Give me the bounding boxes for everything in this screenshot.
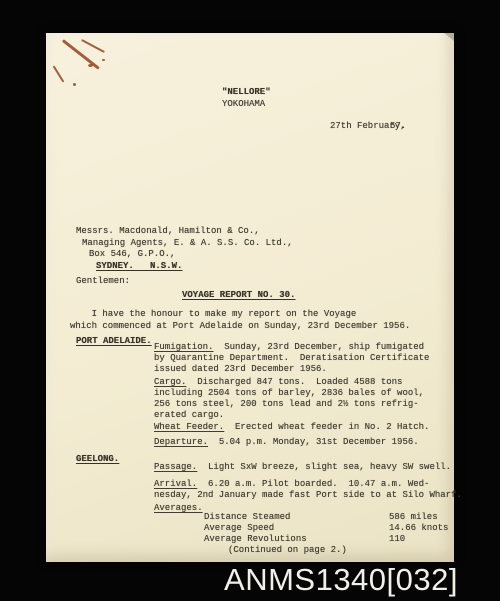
entry-fumigation: Fumigation. Sunday, 23rd December, ship …: [154, 342, 429, 375]
entry-arrival: Arrival. 6.20 a.m. Pilot boarded. 10.47 …: [154, 479, 462, 501]
catalog-number: ANMS1340[032]: [224, 562, 458, 598]
avg-label: Average Revolutions: [204, 534, 389, 545]
entry-label: Arrival.: [154, 479, 197, 489]
averages-table: Distance Steamed586 miles Average Speed1…: [204, 512, 448, 545]
avg-label: Average Speed: [204, 523, 389, 534]
entry-departure: Departure. 5.04 p.m. Monday, 31st Decemb…: [154, 437, 419, 448]
table-row: Average Speed14.66 knots: [204, 523, 448, 534]
rust-stain: [53, 65, 65, 82]
section-heading-geelong: GEELONG.: [76, 454, 119, 465]
entry-label: Passage.: [154, 462, 197, 472]
rust-stain: [102, 59, 105, 61]
address-line: Messrs. Macdonald, Hamilton & Co.,: [76, 226, 260, 237]
entry-label: Averages.: [154, 503, 203, 513]
avg-value: 586 miles: [389, 512, 438, 523]
entry-averages: Averages.: [154, 503, 203, 514]
avg-value: 14.66 knots: [389, 523, 448, 534]
rust-stain: [81, 39, 105, 53]
entry-cargo: Cargo. Discharged 847 tons. Loaded 4588 …: [154, 377, 424, 421]
port-name: YOKOHAMA: [222, 99, 265, 110]
date-year: 57.: [390, 121, 406, 132]
entry-text: 6.20 a.m. Pilot boarded. 10.47 a.m. Wed-…: [154, 479, 462, 500]
document-page: "NELLORE" YOKOHAMA 27th February, 57. Me…: [46, 33, 454, 562]
entry-text: Discharged 847 tons. Loaded 4588 tons in…: [154, 377, 424, 420]
continuation-note: (Continued on page 2.): [228, 545, 347, 556]
entry-label: Departure.: [154, 437, 208, 447]
entry-text: Light SxW breeze, slight sea, heavy SW s…: [197, 462, 451, 472]
table-row: Distance Steamed586 miles: [204, 512, 448, 523]
address-line: Managing Agents, E. & A. S.S. Co. Ltd.,: [82, 238, 293, 249]
rust-stain: [88, 64, 93, 67]
address-line: Box 546, G.P.O.,: [89, 249, 175, 260]
table-row: Average Revolutions110: [204, 534, 448, 545]
salutation: Gentlemen:: [76, 276, 130, 287]
entry-passage: Passage. Light SxW breeze, slight sea, h…: [154, 462, 451, 473]
photo-background: "NELLORE" YOKOHAMA 27th February, 57. Me…: [0, 0, 500, 601]
intro-paragraph: I have the honour to make my report on t…: [70, 309, 410, 332]
entry-label: Wheat Feeder.: [154, 422, 224, 432]
avg-value: 110: [389, 534, 405, 545]
entry-text: 5.04 p.m. Monday, 31st December 1956.: [208, 437, 419, 447]
avg-label: Distance Steamed: [204, 512, 389, 523]
entry-wheat-feeder: Wheat Feeder. Erected wheat feeder in No…: [154, 422, 429, 433]
address-line-city: SYDNEY. N.S.W.: [96, 261, 182, 272]
rust-stain: [62, 39, 100, 69]
section-heading-port-adelaide: PORT ADELAIDE.: [76, 336, 152, 347]
entry-text: Erected wheat feeder in No. 2 Hatch.: [224, 422, 429, 432]
report-title: VOYAGE REPORT NO. 30.: [182, 290, 295, 301]
ship-name: "NELLORE": [222, 87, 271, 98]
entry-label: Cargo.: [154, 377, 186, 387]
rust-stain: [73, 83, 76, 86]
entry-label: Fumigation.: [154, 342, 213, 352]
